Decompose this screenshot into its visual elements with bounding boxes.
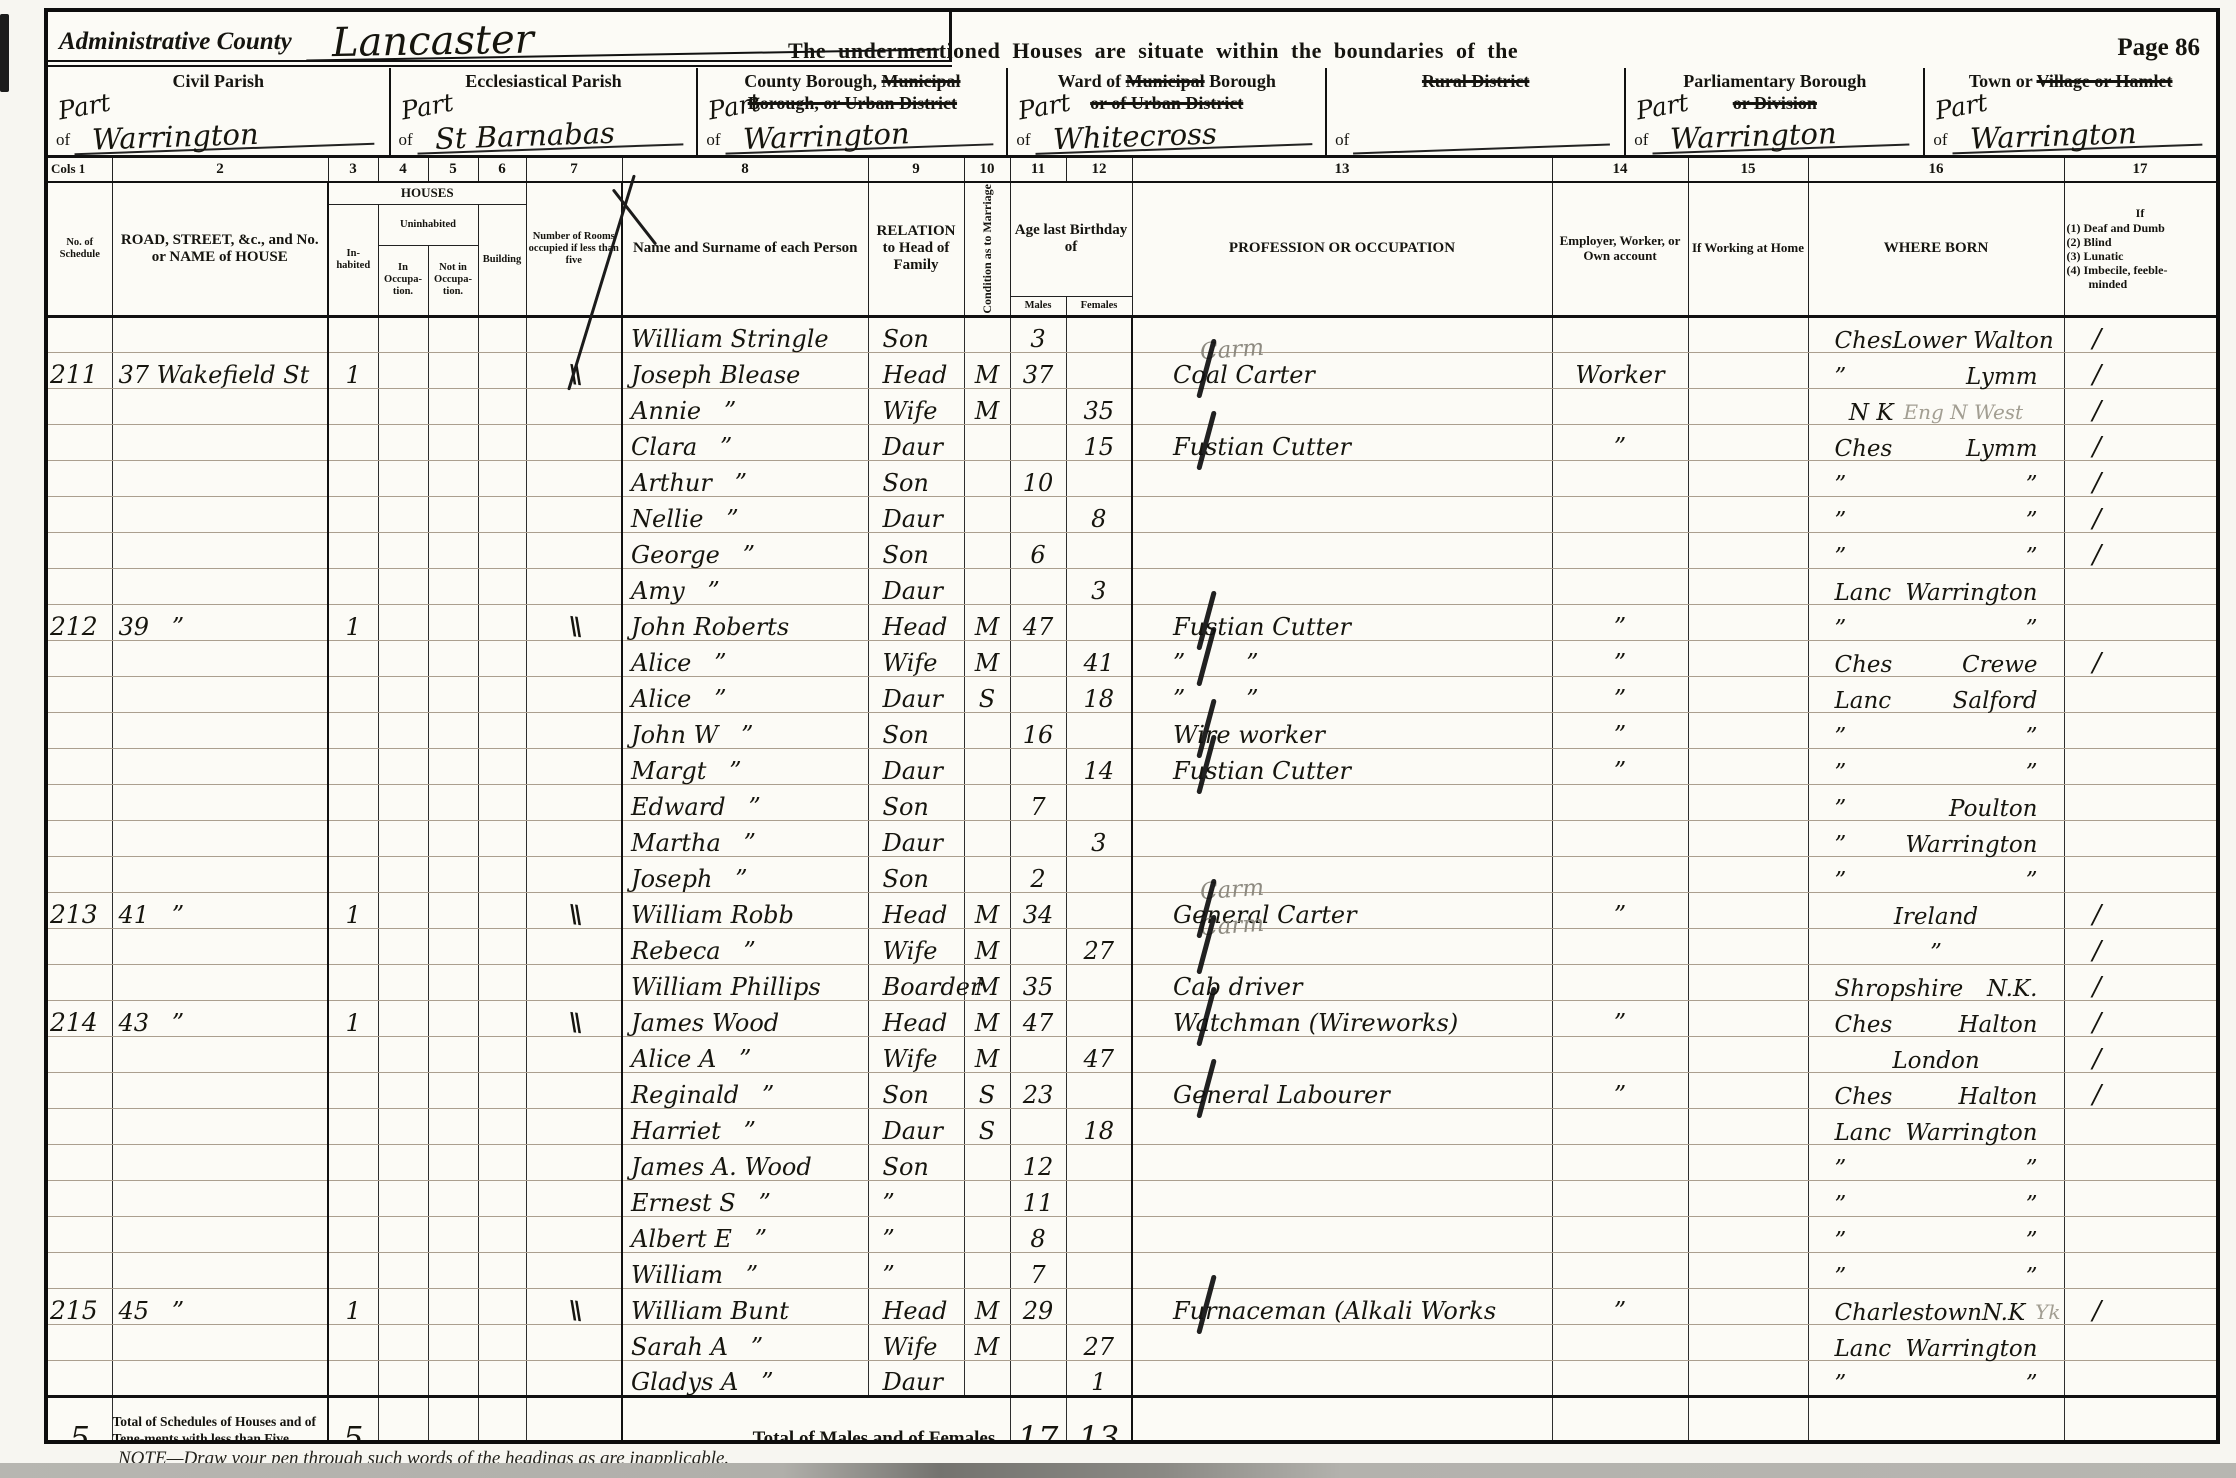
cell-emp — [1552, 388, 1688, 424]
cell-born: ”” — [1808, 1216, 2064, 1252]
col-number-13: 13 — [1132, 158, 1552, 182]
table-row: James A. WoodSon12”” — [48, 1144, 2216, 1180]
table-row: Ernest S ””11”” — [48, 1180, 2216, 1216]
cell-prof: ” ” — [1132, 676, 1552, 712]
cell-rel: ” — [868, 1252, 964, 1288]
cell-addr — [112, 1072, 328, 1108]
cell-name: William ” — [622, 1252, 868, 1288]
cell-home — [1688, 1072, 1808, 1108]
cell-addr — [112, 460, 328, 496]
cell-uninh-occ — [378, 1144, 428, 1180]
cell-rooms: \\ — [526, 1288, 622, 1324]
cell-inh — [328, 856, 378, 892]
cell-uninh-occ — [378, 640, 428, 676]
district-box-2: Ecclesiastical ParishPartofSt Barnabas — [391, 68, 699, 155]
col-number-12: 12 — [1066, 158, 1132, 182]
cell-building — [478, 1144, 526, 1180]
cell-rel: Wife — [868, 1324, 964, 1360]
cell-home — [1688, 748, 1808, 784]
cell-building — [478, 352, 526, 388]
cell-tick: / — [2064, 1036, 2216, 1072]
cell-uninh-nocc — [428, 712, 478, 748]
cell-emp — [1552, 1216, 1688, 1252]
cell-tick: / — [2064, 964, 2216, 1000]
cell-agem: 35 — [1010, 964, 1066, 1000]
cell-rel: Daur — [868, 568, 964, 604]
cell-emp — [1552, 1324, 1688, 1360]
cell-agem: 7 — [1010, 1252, 1066, 1288]
cell-building — [478, 1000, 526, 1036]
cell-uninh-nocc — [428, 1144, 478, 1180]
district-box-1: Civil ParishPartofWarrington — [48, 68, 391, 155]
col-number-9: 9 — [868, 158, 964, 182]
table-row: Joseph ”Son2”” — [48, 856, 2216, 892]
cell-addr — [112, 640, 328, 676]
cell-cond — [964, 424, 1010, 460]
cell-name: George ” — [622, 532, 868, 568]
cell-agef — [1066, 712, 1132, 748]
col-header-inhabited: In-habited — [328, 204, 378, 316]
cell-tick — [2064, 1252, 2216, 1288]
form-header: Administrative County Lancaster The unde… — [48, 12, 2216, 158]
table-row: Arthur ”Son10””/ — [48, 460, 2216, 496]
table-row: Rebeca ”WifeM27Carm”/ — [48, 928, 2216, 964]
cell-inh — [328, 928, 378, 964]
cell-agem: 47 — [1010, 1000, 1066, 1036]
cell-uninh-nocc — [428, 1288, 478, 1324]
cell-agef — [1066, 1144, 1132, 1180]
cell-name: Ernest S ” — [622, 1180, 868, 1216]
cell-uninh-occ — [378, 1036, 428, 1072]
cell-home — [1688, 568, 1808, 604]
cell-addr — [112, 1324, 328, 1360]
cell-tick — [2064, 712, 2216, 748]
cell-rel: Daur — [868, 820, 964, 856]
cell-building — [478, 748, 526, 784]
cell-emp: ” — [1552, 712, 1688, 748]
cell-building — [478, 1180, 526, 1216]
cell-rel: Daur — [868, 748, 964, 784]
cell-agem — [1010, 1036, 1066, 1072]
cell-sched — [48, 1036, 112, 1072]
cell-rel: ” — [868, 1216, 964, 1252]
cell-inh — [328, 1216, 378, 1252]
table-row: Margt ”Daur14Fustian Cutter””” — [48, 748, 2216, 784]
cell-building — [478, 1108, 526, 1144]
cell-agem: 23 — [1010, 1072, 1066, 1108]
cell-rel: Boarder — [868, 964, 964, 1000]
total-schedules-value: 5 — [48, 1396, 112, 1444]
cell-name: Clara ” — [622, 424, 868, 460]
district-value-handwritten: Warrington — [1652, 119, 1910, 155]
cell-born: ”” — [1808, 748, 2064, 784]
cell-agem: 2 — [1010, 856, 1066, 892]
cell-uninh-occ — [378, 1180, 428, 1216]
cell-rooms — [526, 1252, 622, 1288]
cell-uninh-occ — [378, 748, 428, 784]
cell-cond: M — [964, 388, 1010, 424]
cell-name: Margt ” — [622, 748, 868, 784]
cell-agem — [1010, 1324, 1066, 1360]
col-number-4: 4 — [378, 158, 428, 182]
cell-rooms — [526, 1072, 622, 1108]
cell-rooms — [526, 424, 622, 460]
cell-cond — [964, 1180, 1010, 1216]
cell-inh — [328, 640, 378, 676]
cell-home — [1688, 1360, 1808, 1396]
cell-agef: 18 — [1066, 1108, 1132, 1144]
cell-emp — [1552, 532, 1688, 568]
cell-cond — [964, 1216, 1010, 1252]
cell-born: ”” — [1808, 1180, 2064, 1216]
cell-uninh-nocc — [428, 604, 478, 640]
cell-emp — [1552, 316, 1688, 352]
cell-prof: Fustian Cutter — [1132, 604, 1552, 640]
cell-cond: M — [964, 1288, 1010, 1324]
cell-cond: S — [964, 1072, 1010, 1108]
cell-home — [1688, 1108, 1808, 1144]
cell-sched — [48, 568, 112, 604]
table-row: 21137 Wakefield St1\\Joseph BleaseHeadM3… — [48, 352, 2216, 388]
col-header-working-at-home: If Working at Home — [1688, 182, 1808, 316]
cell-rooms — [526, 1324, 622, 1360]
cell-agem — [1010, 568, 1066, 604]
cell-tick: / — [2064, 1288, 2216, 1324]
cell-prof: General Labourer — [1132, 1072, 1552, 1108]
cell-sched — [48, 676, 112, 712]
cell-addr — [112, 784, 328, 820]
column-headers: Cols 1 2 3 4 5 6 7 8 9 10 11 12 13 14 15… — [48, 158, 2216, 316]
cell-rel: Son — [868, 712, 964, 748]
table-row: Edward ”Son7”Poulton — [48, 784, 2216, 820]
cell-sched — [48, 1324, 112, 1360]
table-row: Martha ”Daur3”Warrington — [48, 820, 2216, 856]
col-header-schedule: No. of Schedule — [48, 182, 112, 316]
cell-born: London — [1808, 1036, 2064, 1072]
cell-name: John Roberts — [622, 604, 868, 640]
cell-name: Reginald ” — [622, 1072, 868, 1108]
pencil-annotation: Yk — [2035, 1300, 2060, 1324]
col-header-males: Males — [1010, 296, 1066, 316]
cell-rooms — [526, 460, 622, 496]
cell-name: Amy ” — [622, 568, 868, 604]
cell-cond — [964, 496, 1010, 532]
cell-rel: Wife — [868, 1036, 964, 1072]
cell-sched — [48, 1252, 112, 1288]
cell-name: William Phillips — [622, 964, 868, 1000]
cell-born: LancWarrington — [1808, 1108, 2064, 1144]
cell-home — [1688, 460, 1808, 496]
cell-tick — [2064, 1216, 2216, 1252]
cell-uninh-occ — [378, 784, 428, 820]
cell-uninh-nocc — [428, 1324, 478, 1360]
cell-sched — [48, 748, 112, 784]
cell-rooms — [526, 676, 622, 712]
cell-cond — [964, 784, 1010, 820]
cell-uninh-nocc — [428, 532, 478, 568]
cell-rel: Daur — [868, 676, 964, 712]
district-box-5: Rural Districtof — [1327, 68, 1626, 155]
district-part-handwritten: Part — [56, 88, 113, 126]
district-box-6: Parliamentary Boroughor DivisionPartofWa… — [1626, 68, 1925, 155]
cell-inh — [328, 1036, 378, 1072]
cell-born: N KEng N West — [1808, 388, 2064, 424]
cell-uninh-occ — [378, 928, 428, 964]
cell-building — [478, 856, 526, 892]
cell-addr — [112, 316, 328, 352]
cell-prof: Furnaceman (Alkali Works — [1132, 1288, 1552, 1324]
cell-uninh-nocc — [428, 424, 478, 460]
cell-prof — [1132, 1144, 1552, 1180]
cell-home — [1688, 856, 1808, 892]
table-row: William StringleSon3ChesLower Walton/ — [48, 316, 2216, 352]
cell-sched — [48, 1180, 112, 1216]
cell-building — [478, 640, 526, 676]
cell-building — [478, 928, 526, 964]
cell-building — [478, 424, 526, 460]
cell-building — [478, 784, 526, 820]
table-row: Alice ”DaurS18” ””LancSalford — [48, 676, 2216, 712]
cell-agem — [1010, 388, 1066, 424]
cell-uninh-occ — [378, 1360, 428, 1396]
cell-addr — [112, 1108, 328, 1144]
cell-born: LancWarrington — [1808, 1324, 2064, 1360]
col-number-14: 14 — [1552, 158, 1688, 182]
cell-sched: 215 — [48, 1288, 112, 1324]
district-value-handwritten: Whitecross — [1034, 119, 1311, 155]
col-number-10: 10 — [964, 158, 1010, 182]
cell-cond — [964, 748, 1010, 784]
cell-home — [1688, 532, 1808, 568]
cell-home — [1688, 820, 1808, 856]
district-box-4: Ward of Municipal Boroughor of Urban Dis… — [1008, 68, 1327, 155]
cell-rooms: \\ — [526, 1000, 622, 1036]
cell-prof — [1132, 388, 1552, 424]
cell-prof — [1132, 1216, 1552, 1252]
cell-addr — [112, 820, 328, 856]
cell-uninh-occ — [378, 1252, 428, 1288]
cell-agef — [1066, 1000, 1132, 1036]
cell-agef — [1066, 856, 1132, 892]
cell-cond — [964, 1144, 1010, 1180]
cell-born: ChesLower Walton — [1808, 316, 2064, 352]
cell-uninh-nocc — [428, 316, 478, 352]
totals-row: 5 Total of Schedules of Houses and of Te… — [48, 1396, 2216, 1444]
cell-rel: Daur — [868, 1108, 964, 1144]
cell-uninh-occ — [378, 1108, 428, 1144]
cell-agef: 3 — [1066, 568, 1132, 604]
cell-sched — [48, 496, 112, 532]
cell-tick: / — [2064, 640, 2216, 676]
cell-agef — [1066, 604, 1132, 640]
cell-name: Rebeca ” — [622, 928, 868, 964]
cell-addr — [112, 748, 328, 784]
cell-rel: Wife — [868, 388, 964, 424]
cell-home — [1688, 676, 1808, 712]
cell-uninh-nocc — [428, 1360, 478, 1396]
cell-rooms — [526, 1216, 622, 1252]
cell-emp: ” — [1552, 1000, 1688, 1036]
cell-rooms — [526, 928, 622, 964]
cell-uninh-occ — [378, 1000, 428, 1036]
cell-addr: 37 Wakefield St — [112, 352, 328, 388]
cell-addr — [112, 1360, 328, 1396]
cell-sched: 213 — [48, 892, 112, 928]
cell-born: ”Lymm — [1808, 352, 2064, 388]
cell-rooms — [526, 640, 622, 676]
cell-tick: / — [2064, 352, 2216, 388]
cell-emp — [1552, 1036, 1688, 1072]
cell-born: ChesLymm — [1808, 424, 2064, 460]
cell-rel: Son — [868, 316, 964, 352]
cell-agef — [1066, 532, 1132, 568]
table-row: Amy ”Daur3LancWarrington — [48, 568, 2216, 604]
cell-sched — [48, 1108, 112, 1144]
pencil-annotation: Eng N West — [1904, 400, 2024, 424]
cell-rooms — [526, 820, 622, 856]
census-sheet: Administrative County Lancaster The unde… — [0, 0, 2236, 1478]
cell-building — [478, 676, 526, 712]
cell-addr: 45 ” — [112, 1288, 328, 1324]
cell-addr — [112, 424, 328, 460]
cell-uninh-occ — [378, 424, 428, 460]
cell-tick — [2064, 820, 2216, 856]
cell-inh — [328, 820, 378, 856]
cell-uninh-nocc — [428, 964, 478, 1000]
cell-born: ”” — [1808, 532, 2064, 568]
col-header-name-surname: Name and Surname of each Person — [622, 182, 868, 316]
cell-born: Ireland — [1808, 892, 2064, 928]
cell-prof — [1132, 1360, 1552, 1396]
table-row: Alice A ”WifeM47London/ — [48, 1036, 2216, 1072]
cell-prof: Wire worker — [1132, 712, 1552, 748]
cell-home — [1688, 1180, 1808, 1216]
col-number-8: 8 — [622, 158, 868, 182]
cell-name: John W ” — [622, 712, 868, 748]
cell-building — [478, 532, 526, 568]
table-row: 21545 ”1\\William BuntHeadM29Furnaceman … — [48, 1288, 2216, 1324]
cell-uninh-occ — [378, 316, 428, 352]
cell-rooms — [526, 1360, 622, 1396]
table-row: 21341 ”1\\William RobbHeadM34CarmGeneral… — [48, 892, 2216, 928]
cell-name: Albert E ” — [622, 1216, 868, 1252]
cell-inh — [328, 676, 378, 712]
cell-emp — [1552, 496, 1688, 532]
cell-born: ChesCrewe — [1808, 640, 2064, 676]
cell-tick: / — [2064, 316, 2216, 352]
cell-emp — [1552, 568, 1688, 604]
cell-inh — [328, 460, 378, 496]
cell-addr — [112, 856, 328, 892]
cell-building — [478, 568, 526, 604]
col-header-in-occupation: In Occupa-tion. — [378, 245, 428, 316]
cell-agem: 37 — [1010, 352, 1066, 388]
col-number-1: Cols 1 — [48, 158, 112, 182]
cell-prof: CarmCoal Carter — [1132, 352, 1552, 388]
cell-tick — [2064, 568, 2216, 604]
district-box-7: Town or Village or HamletPartofWarringto… — [1925, 68, 2216, 155]
cell-prof — [1132, 856, 1552, 892]
cell-inh — [328, 1180, 378, 1216]
cell-agef — [1066, 316, 1132, 352]
cell-rooms — [526, 1180, 622, 1216]
cell-building — [478, 1036, 526, 1072]
col-number-16: 16 — [1808, 158, 2064, 182]
cell-name: Joseph ” — [622, 856, 868, 892]
cell-agem: 3 — [1010, 316, 1066, 352]
cell-born: ”” — [1808, 604, 2064, 640]
cell-rooms — [526, 748, 622, 784]
cell-agem: 34 — [1010, 892, 1066, 928]
cell-cond — [964, 1252, 1010, 1288]
cell-tick: / — [2064, 1000, 2216, 1036]
cell-building — [478, 1072, 526, 1108]
cell-rooms: \\ — [526, 604, 622, 640]
total-schedules-label: Total of Schedules of Houses and of Tene… — [112, 1396, 328, 1444]
cell-rel: Head — [868, 1000, 964, 1036]
district-of-label: of — [1933, 130, 1947, 150]
col-number-11: 11 — [1010, 158, 1066, 182]
cell-home — [1688, 892, 1808, 928]
cell-tick — [2064, 604, 2216, 640]
cell-cond: M — [964, 640, 1010, 676]
cell-agef: 14 — [1066, 748, 1132, 784]
cell-agef — [1066, 784, 1132, 820]
col-number-7: 7 — [526, 158, 622, 182]
col-header-relation: RELATION to Head of Family — [868, 182, 964, 316]
cell-rel: Head — [868, 604, 964, 640]
cell-emp: ” — [1552, 640, 1688, 676]
cell-sched — [48, 928, 112, 964]
cell-rooms — [526, 784, 622, 820]
cell-prof — [1132, 496, 1552, 532]
cell-emp — [1552, 1144, 1688, 1180]
cell-agem — [1010, 1108, 1066, 1144]
cell-sched — [48, 532, 112, 568]
cell-prof: Cab driver — [1132, 964, 1552, 1000]
cell-addr — [112, 388, 328, 424]
cell-uninh-nocc — [428, 388, 478, 424]
district-of-label: of — [1634, 130, 1648, 150]
col-header-not-in-occupation: Not in Occupa-tion. — [428, 245, 478, 316]
district-value-handwritten: St Barnabas — [416, 119, 682, 155]
cell-sched — [48, 1144, 112, 1180]
cell-uninh-occ — [378, 460, 428, 496]
cell-building — [478, 892, 526, 928]
district-value-handwritten: Warrington — [724, 119, 993, 155]
cell-addr — [112, 676, 328, 712]
cell-prof: Watchman (Wireworks) — [1132, 1000, 1552, 1036]
cell-addr — [112, 568, 328, 604]
cell-inh — [328, 316, 378, 352]
cell-uninh-nocc — [428, 1216, 478, 1252]
cell-agem — [1010, 1360, 1066, 1396]
cell-rooms: \\ — [526, 892, 622, 928]
table-row: Clara ”Daur15Fustian Cutter”ChesLymm/ — [48, 424, 2216, 460]
cell-cond — [964, 712, 1010, 748]
cell-cond: M — [964, 1036, 1010, 1072]
cell-inh — [328, 964, 378, 1000]
cell-cond — [964, 820, 1010, 856]
cell-emp — [1552, 1180, 1688, 1216]
cell-building — [478, 388, 526, 424]
cell-rel: Head — [868, 892, 964, 928]
cell-name: Nellie ” — [622, 496, 868, 532]
cell-born: ”” — [1808, 1144, 2064, 1180]
cell-agem — [1010, 748, 1066, 784]
cell-rel: Son — [868, 1072, 964, 1108]
cell-uninh-occ — [378, 568, 428, 604]
